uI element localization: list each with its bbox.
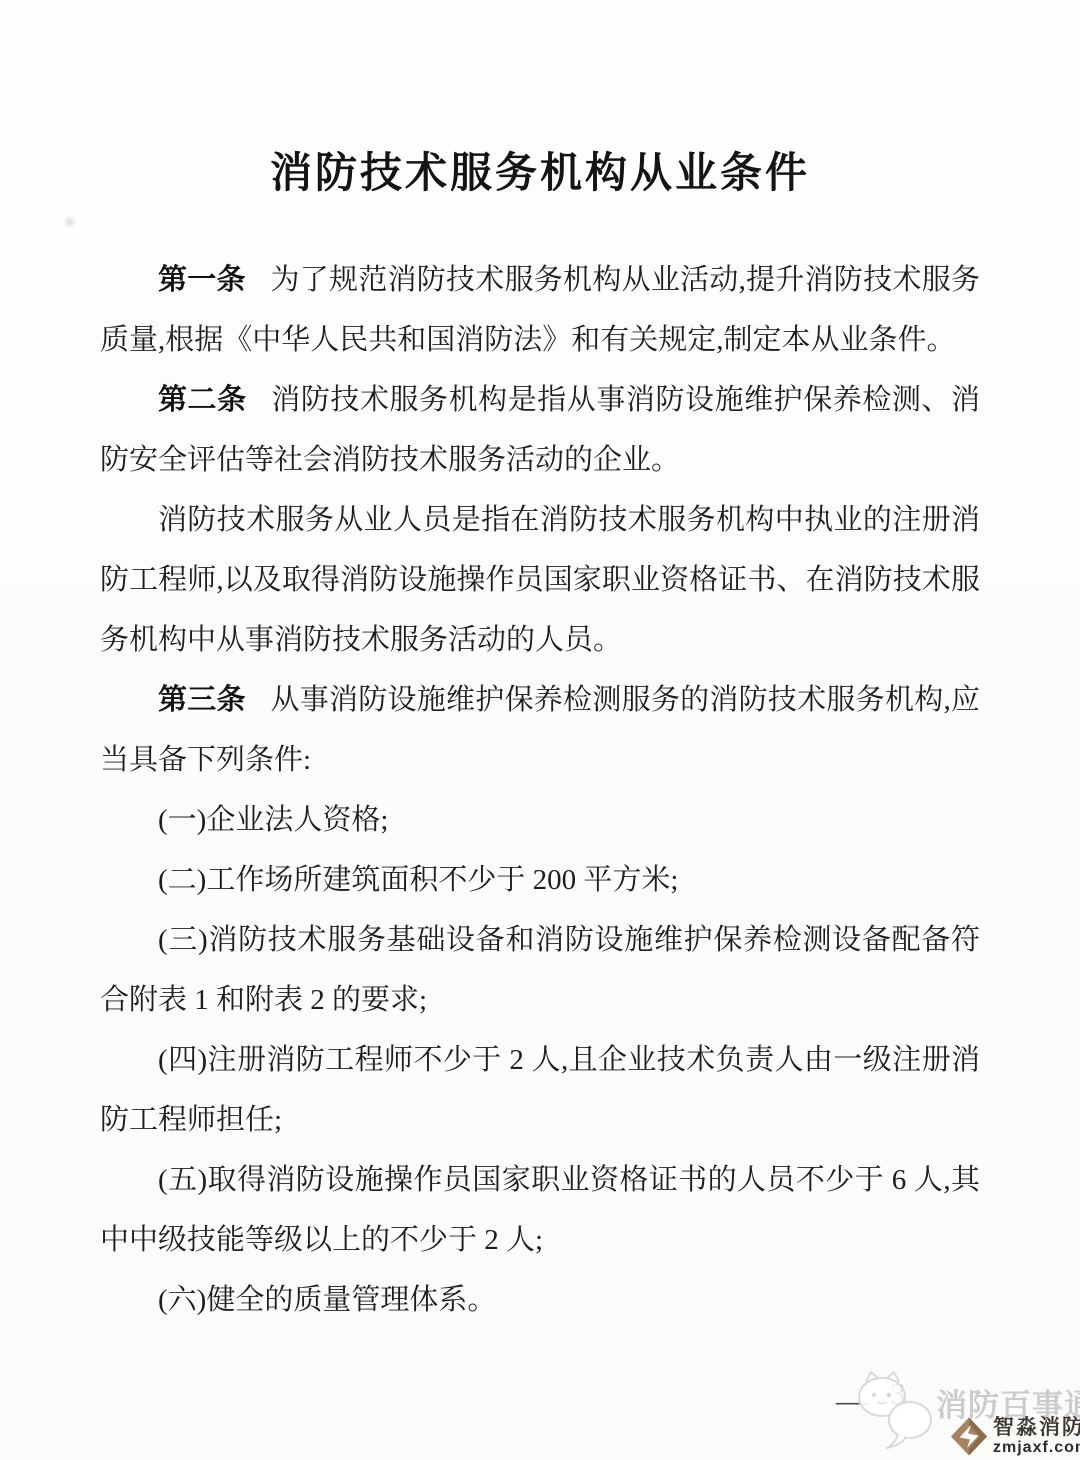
list-item-3: (三)消防技术服务基础设备和消防设施维护保养检测设备配备符合附表 1 和附表 2…	[100, 910, 980, 1030]
list-item-6: (六)健全的质量管理体系。	[100, 1270, 980, 1330]
paragraph-text: (二)工作场所建筑面积不少于 200 平方米;	[158, 864, 678, 896]
paragraph-text: (五)取得消防设施操作员国家职业资格证书的人员不少于 6 人,其中中级技能等级以…	[100, 1164, 980, 1256]
document-body: 第一条为了规范消防技术服务机构从业活动,提升消防技术服务质量,根据《中华人民共和…	[100, 250, 980, 1330]
paragraph-text: (三)消防技术服务基础设备和消防设施维护保养检测设备配备符合附表 1 和附表 2…	[100, 924, 980, 1016]
paragraph-article-2: 第二条消防技术服务机构是指从事消防设施维护保养检测、消防安全评估等社会消防技术服…	[100, 370, 980, 490]
paragraph-article-3: 第三条从事消防设施维护保养检测服务的消防技术服务机构,应当具备下列条件:	[100, 670, 980, 790]
article-number-label: 第三条	[158, 684, 246, 716]
scan-artifact	[63, 216, 77, 228]
article-number-label: 第二条	[158, 384, 247, 416]
paragraph-text: (一)企业法人资格;	[158, 804, 388, 836]
diamond-brand-icon	[950, 1416, 988, 1457]
page-number-dash: —	[836, 1382, 868, 1419]
paragraph-article-2-continued: 消防技术服务从业人员是指在消防技术服务机构中执业的注册消防工程师,以及取得消防设…	[100, 490, 980, 670]
list-item-1: (一)企业法人资格;	[100, 790, 980, 850]
zhimiao-text-block: 智淼消防 zmjaxf.com	[993, 1416, 1080, 1457]
list-item-5: (五)取得消防设施操作员国家职业资格证书的人员不少于 6 人,其中中级技能等级以…	[100, 1150, 980, 1270]
list-item-2: (二)工作场所建筑面积不少于 200 平方米;	[100, 850, 980, 910]
article-number-label: 第一条	[158, 264, 246, 296]
zhimiao-logo: 智淼消防 zmjaxf.com	[950, 1416, 1080, 1457]
page-number: 3	[890, 1376, 906, 1412]
watermark-brand-text: 消防百事通	[936, 1388, 1080, 1424]
zhimiao-brand-name: 智淼消防	[993, 1416, 1080, 1439]
document-page: 消防技术服务机构从业条件 第一条为了规范消防技术服务机构从业活动,提升消防技术服…	[0, 0, 1080, 1460]
zhimiao-website: zmjaxf.com	[993, 1439, 1080, 1457]
paragraph-article-1: 第一条为了规范消防技术服务机构从业活动,提升消防技术服务质量,根据《中华人民共和…	[100, 250, 980, 370]
paragraph-text: (四)注册消防工程师不少于 2 人,且企业技术负责人由一级注册消防工程师担任;	[100, 1044, 980, 1136]
page-title: 消防技术服务机构从业条件	[0, 0, 1080, 200]
paragraph-text: (六)健全的质量管理体系。	[158, 1284, 496, 1316]
list-item-4: (四)注册消防工程师不少于 2 人,且企业技术负责人由一级注册消防工程师担任;	[100, 1030, 980, 1150]
paragraph-text: 消防技术服务从业人员是指在消防技术服务机构中执业的注册消防工程师,以及取得消防设…	[100, 504, 980, 656]
chat-bubbles-watermark-icon	[852, 1370, 944, 1450]
